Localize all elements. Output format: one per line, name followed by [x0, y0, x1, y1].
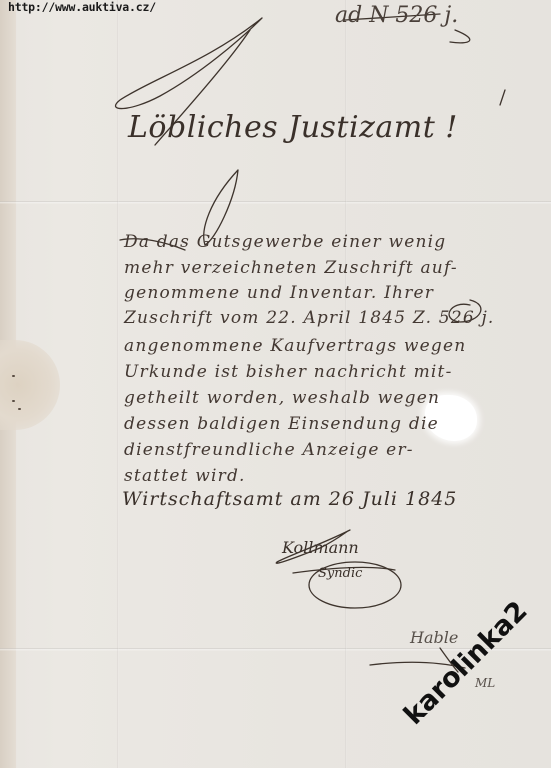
body-line: mehr verzeichneten Zuschrift auf- — [124, 258, 458, 278]
body-line: getheilt worden, weshalb wegen — [124, 388, 440, 408]
body-line: dessen baldigen Einsendung die — [124, 414, 439, 434]
body-line: genommene und Inventar. Ihrer — [124, 283, 434, 303]
body-line: dienstfreundliche Anzeige er- — [124, 440, 414, 460]
wax-seal-stain — [0, 340, 60, 430]
letter-paper: http://www.auktiva.cz/ ad N 526 j. Löbli… — [0, 0, 551, 768]
signature-initials: ML — [475, 676, 495, 690]
signature-primary: Kollmann — [282, 538, 359, 557]
fold-line-horizontal-top — [0, 201, 551, 204]
seller-watermark: karolinka2 — [398, 595, 534, 731]
source-url-label: http://www.auktiva.cz/ — [8, 0, 156, 14]
salutation: Löbliches Justizamt ! — [128, 110, 458, 145]
body-line: angenommene Kaufvertrags wegen — [124, 336, 466, 356]
fold-line-vertical-left — [117, 0, 119, 768]
reference-number: ad N 526 j. — [335, 3, 458, 28]
body-line: stattet wird. — [124, 466, 246, 486]
body-line: Zuschrift vom 22. April 1845 Z. 526 j. — [124, 308, 495, 328]
signature-secondary: Hable — [410, 628, 458, 647]
body-line: Urkunde ist bisher nachricht mit- — [124, 362, 453, 382]
signature-primary-title: Syndic — [318, 566, 362, 581]
body-line: Da das Gutsgewerbe einer wenig — [124, 232, 446, 252]
place-and-date: Wirtschaftsamt am 26 Juli 1845 — [122, 488, 457, 510]
